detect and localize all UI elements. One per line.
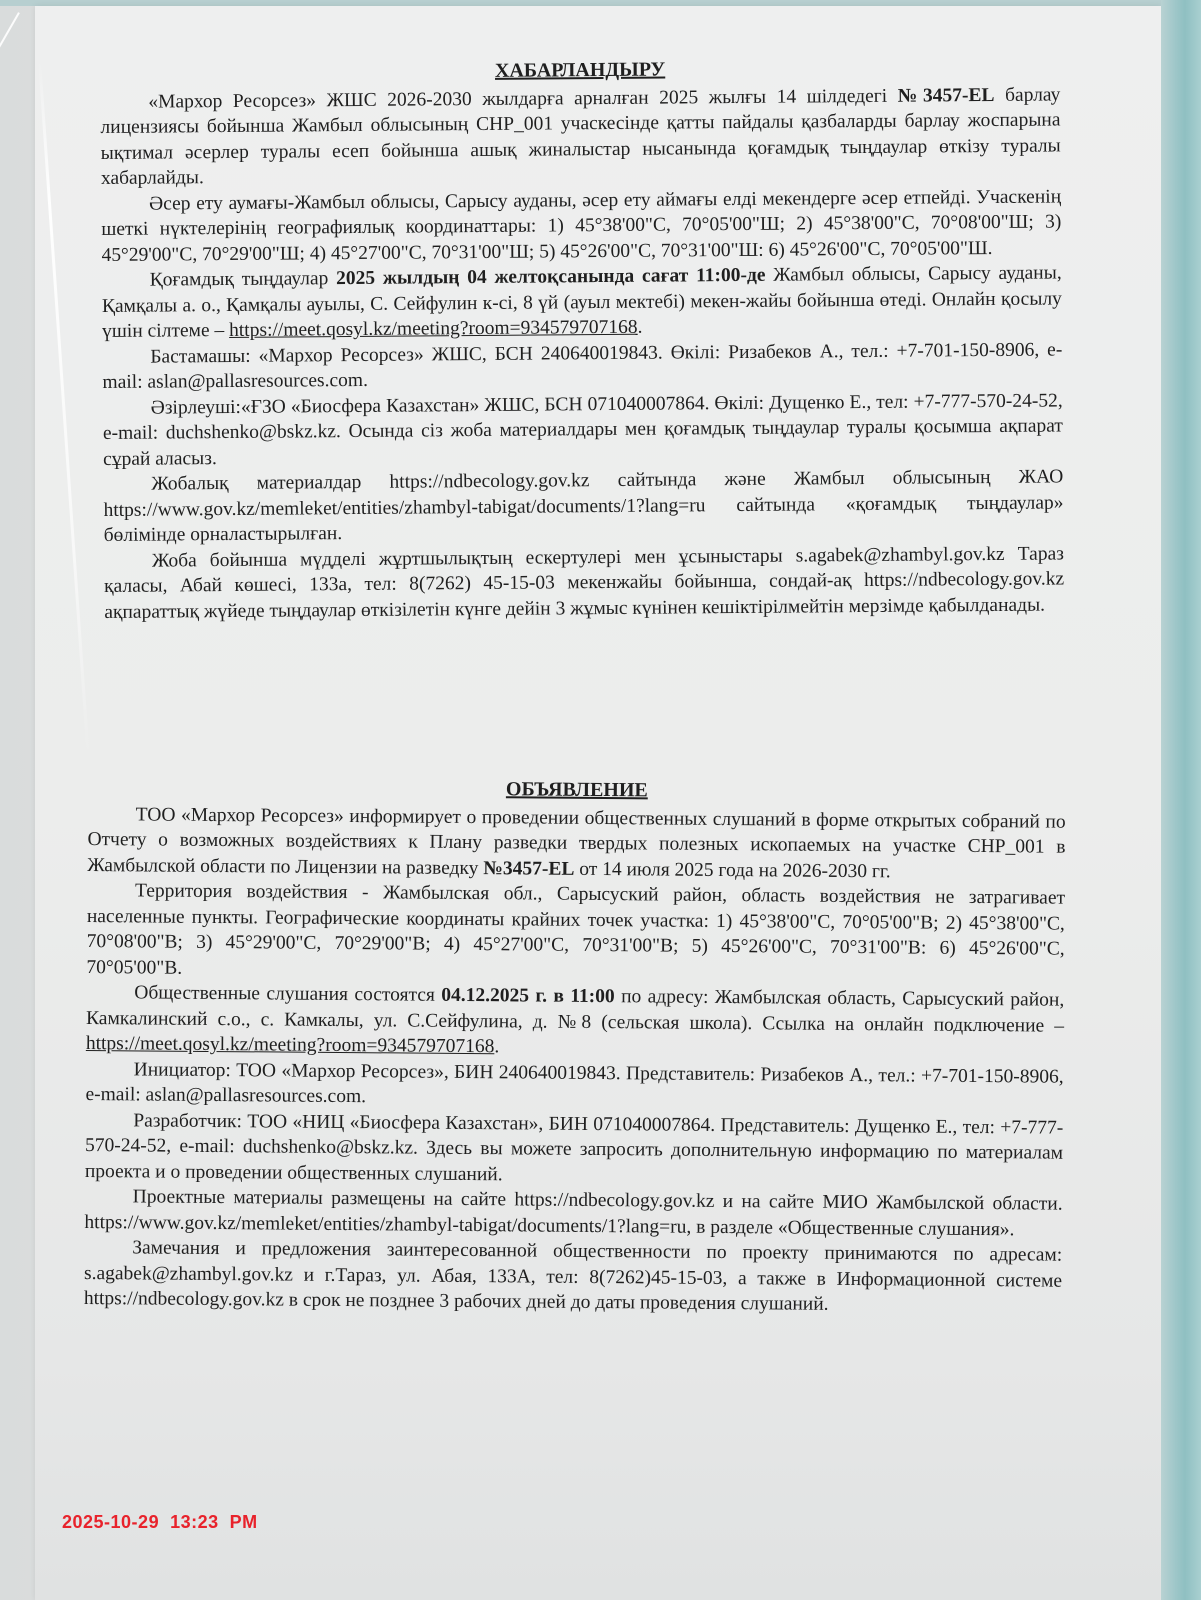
- ru-paragraph-initiator: Инициатор: ТОО «Мархор Ресорсез», БИН 24…: [85, 1056, 1063, 1115]
- ru-hearing-text-a: Общественные слушания состоятся: [134, 982, 441, 1005]
- ru-license-number: №3457-EL: [483, 858, 574, 880]
- ru-meeting-link[interactable]: https://meet.qosyl.kz/meeting?room=93457…: [86, 1033, 495, 1057]
- kz-license-number: №3457-EL: [898, 84, 995, 106]
- ru-intro-text-b: от 14 июля 2025 года на 2026-2030 гг.: [574, 858, 890, 881]
- kz-hearing-text-a: Қоғамдық тыңдаулар: [150, 268, 337, 290]
- teal-board-right-edge: [1161, 0, 1201, 1600]
- kz-paragraph-hearing: Қоғамдық тыңдаулар 2025 жылдың 04 желтоқ…: [102, 260, 1063, 344]
- kz-paragraph-developer: Әзірлеуші:«ҒЗО «Биосфера Казахстан» ЖШС,…: [103, 388, 1064, 472]
- ru-paragraph-hearing: Общественные слушания состоятся 04.12.20…: [86, 980, 1065, 1064]
- ru-paragraph-developer: Разработчик: ТОО «НИЦ «Биосфера Казахста…: [85, 1107, 1064, 1191]
- ru-paragraph-comments: Замечания и предложения заинтересованной…: [84, 1235, 1063, 1319]
- kz-paragraph-comments: Жоба бойынша мүдделі жұртшылықтың ескерт…: [104, 541, 1065, 625]
- ru-paragraph-intro: ТОО «Мархор Ресорсез» информирует о пров…: [87, 801, 1066, 885]
- announcement-kazakh: ХАБАРЛАНДЫРУ «Мархор Ресорсез» ЖШС 2026-…: [100, 54, 1064, 625]
- kz-hearing-date: 2025 жылдың 04 желтоқсанында сағат 11:00…: [336, 265, 766, 289]
- kz-intro-text-a: «Мархор Ресорсез» ЖШС 2026-2030 жылдарға…: [148, 85, 898, 112]
- ru-paragraph-materials: Проектные материалы размещены на сайте h…: [84, 1184, 1062, 1243]
- kz-hearing-period: .: [638, 317, 643, 338]
- kz-paragraph-materials: Жобалық материалдар https://ndbecology.g…: [103, 464, 1064, 548]
- kz-paragraph-territory: Әсер ету аумағы-Жамбыл облысы, Сарысу ау…: [101, 184, 1062, 268]
- kz-paragraph-initiator: Бастамашы: «Мархор Ресорсез» ЖШС, БСН 24…: [102, 337, 1062, 396]
- announcement-russian: ОБЪЯВЛЕНИЕ ТОО «Мархор Ресорсез» информи…: [84, 774, 1066, 1319]
- ru-hearing-period: .: [494, 1036, 499, 1057]
- kz-paragraph-intro: «Мархор Ресорсез» ЖШС 2026-2030 жылдарға…: [100, 82, 1061, 192]
- kz-meeting-link[interactable]: https://meet.qosyl.kz/meeting?room=93457…: [229, 317, 638, 341]
- ru-hearing-date: 04.12.2025 г. в 11:00: [441, 985, 615, 1007]
- ru-paragraph-territory: Территория воздействия - Жамбылская обл.…: [86, 878, 1065, 988]
- photo-timestamp: 2025-10-29 13:23 PM: [62, 1512, 258, 1533]
